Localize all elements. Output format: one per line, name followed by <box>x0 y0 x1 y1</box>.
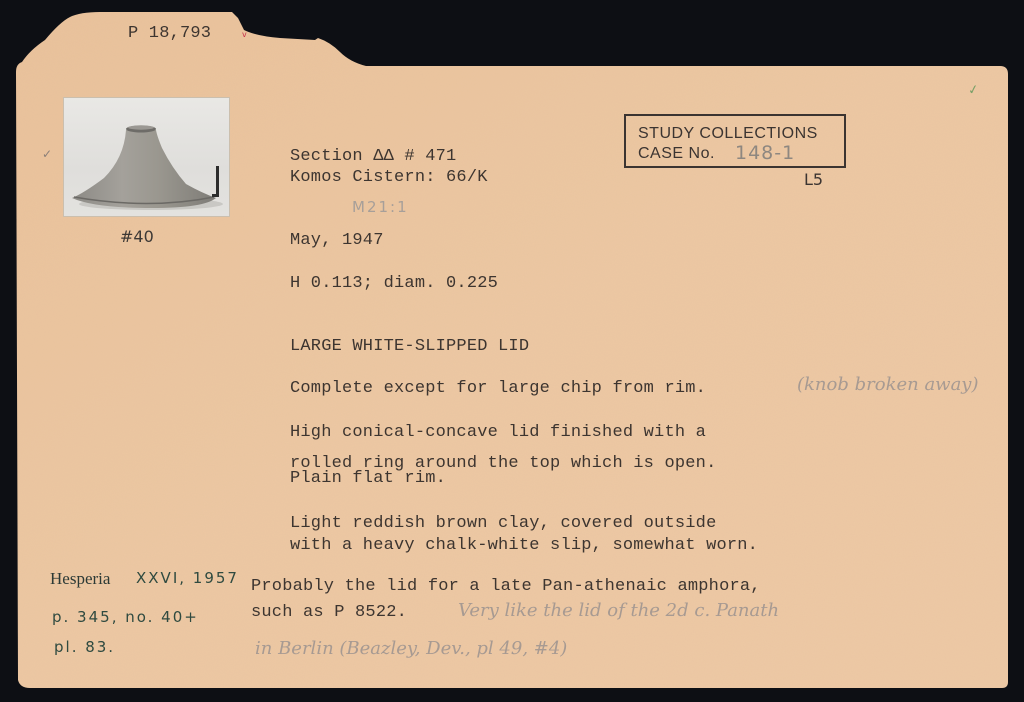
bibliography-page: p. 345, no. 40+ <box>52 610 199 625</box>
fabric-line-1: Light reddish brown clay, covered outsid… <box>290 515 716 532</box>
comparison-note-line-2: in Berlin (Beazley, Dev., pl 49, #4) <box>255 640 567 658</box>
shape-line-1: High conical-concave lid finished with a <box>290 424 706 441</box>
dimensions: H 0.113; diam. 0.225 <box>290 275 498 292</box>
green-check-mark-icon: ✓ <box>967 83 980 98</box>
comparison-line-1: Probably the lid for a late Pan-athenaic… <box>251 578 761 595</box>
inventory-number: P 18,793 <box>128 25 211 42</box>
section-number: Section ΔΔ # 471 <box>290 148 456 165</box>
artifact-photo <box>64 98 229 216</box>
shape-line-3: Plain flat rim. <box>290 470 446 487</box>
bibliography-journal: Hesperia <box>50 570 110 587</box>
condition-text: Complete except for large chip from rim. <box>290 380 706 397</box>
photo-caption: #40 <box>120 229 154 245</box>
find-location: Komos Cistern: 66/K <box>290 169 488 186</box>
check-mark-icon: ✓ <box>42 148 52 160</box>
red-tick-mark: v <box>242 31 247 39</box>
fabric-line-2: with a heavy chalk-white slip, somewhat … <box>290 537 758 554</box>
document-viewer: v P 18,793 ✓ ✓ #40 Section ΔΔ # 4 <box>0 0 1024 702</box>
stamp-case-number: 148-1 <box>735 144 795 163</box>
stamp-title: STUDY COLLECTIONS <box>638 126 818 142</box>
lid-image <box>64 98 229 216</box>
bibliography-plate: pl. 83. <box>54 640 115 655</box>
bibliography-volume: XXVI, 1957 <box>136 571 239 586</box>
comparison-line-2: such as P 8522. <box>251 604 407 621</box>
object-title: LARGE WHITE-SLIPPED LID <box>290 338 529 355</box>
find-date: May, 1947 <box>290 232 384 249</box>
comparison-note-line-1: Very like the lid of the 2d c. Panath <box>458 602 779 620</box>
stamp-annotation: L5 <box>804 172 823 188</box>
pencil-code: M21:1 <box>352 200 409 215</box>
stamp-case-label: CASE No. <box>638 146 715 162</box>
condition-note: (knob broken away) <box>797 376 979 394</box>
